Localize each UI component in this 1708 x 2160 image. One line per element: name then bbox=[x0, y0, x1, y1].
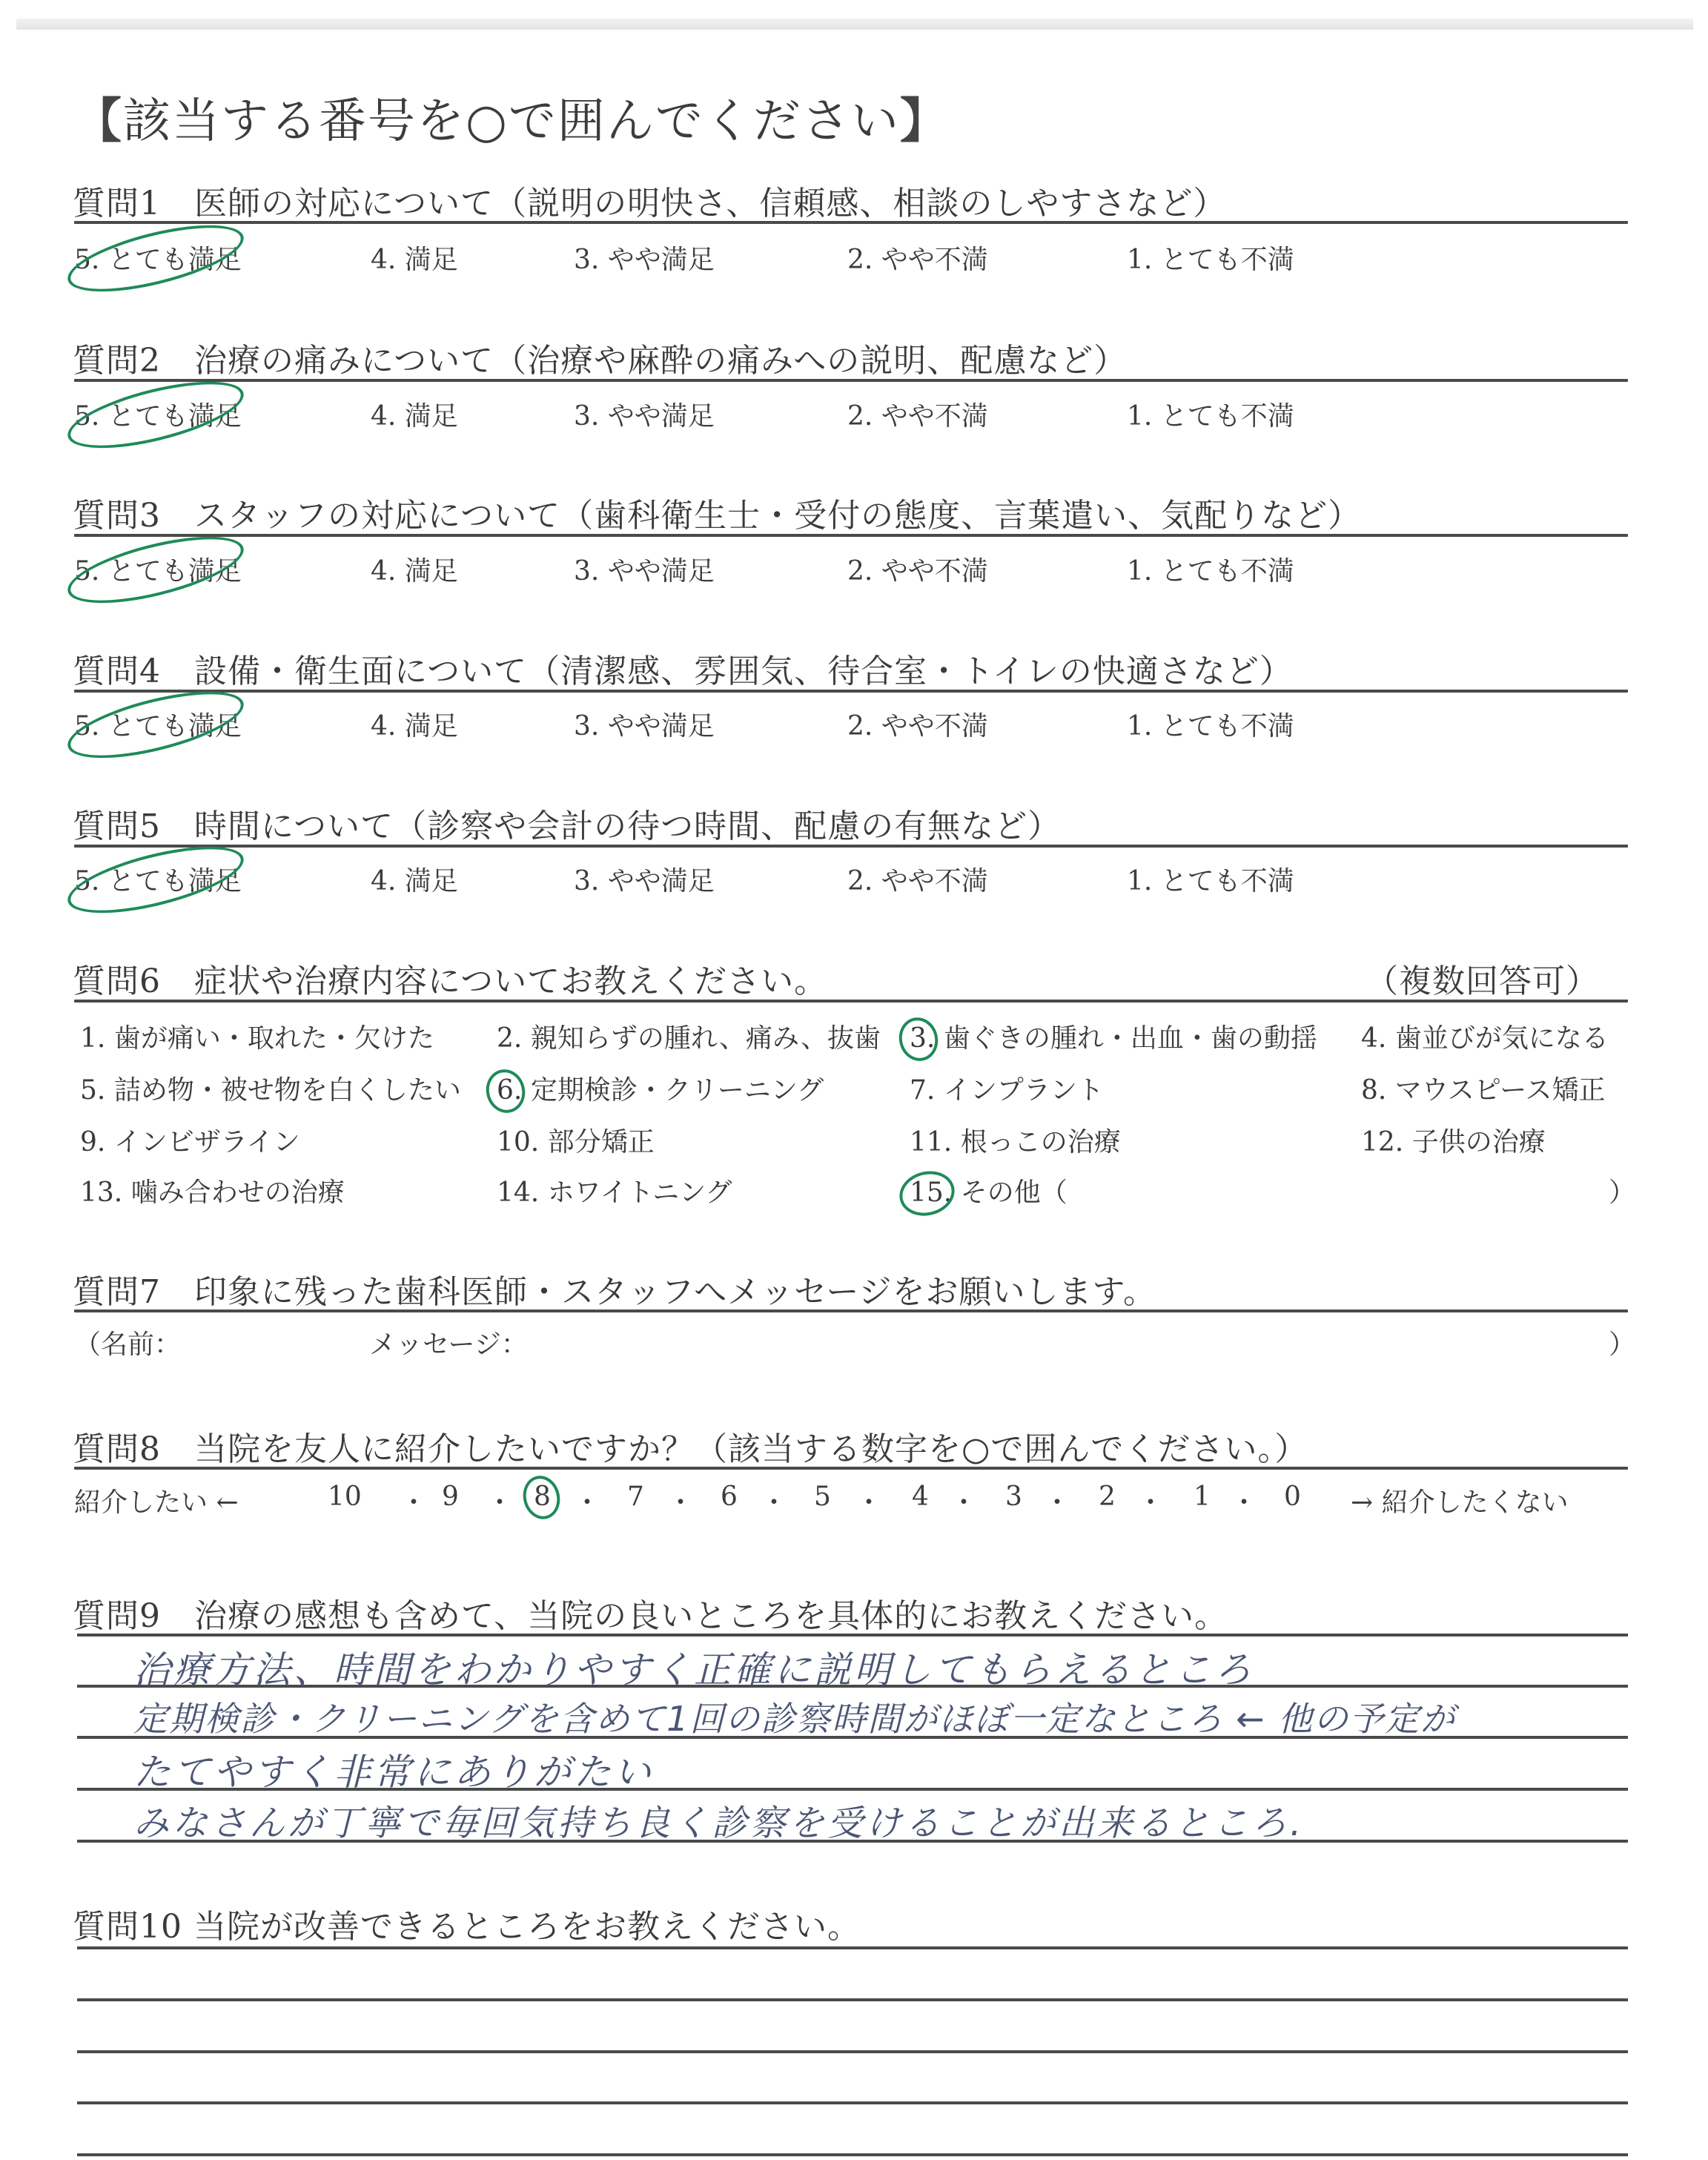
q8-score-8[interactable]: 8 bbox=[534, 1482, 551, 1512]
q6-item-10[interactable]: 10. 部分矯正 bbox=[497, 1121, 655, 1159]
q8-heading: 質問8 当院を友人に紹介したいですか？（該当する数字を○で囲んでください。） bbox=[73, 1422, 1308, 1470]
q7-close-paren: ） bbox=[1609, 1324, 1635, 1361]
q4-option-5[interactable]: 5. とても満足 bbox=[74, 705, 242, 743]
q2-option-5[interactable]: 5. とても満足 bbox=[74, 395, 242, 433]
q3-heading: 質問3 スタッフの対応について（歯科衛生士・受付の態度、言葉遣い、気配りなど） bbox=[73, 489, 1361, 536]
close-bracket: 】 bbox=[900, 93, 949, 149]
q6-item-15-other[interactable]: 15. その他（ bbox=[910, 1172, 1067, 1209]
q8-score-0[interactable]: 0 bbox=[1284, 1482, 1301, 1512]
q6-item-14[interactable]: 14. ホワイトニング bbox=[497, 1172, 732, 1209]
q8-rule bbox=[74, 1467, 1628, 1470]
q8-right-label: → 紹介したくない bbox=[1351, 1482, 1569, 1519]
q8-sep: ・ bbox=[400, 1482, 427, 1519]
q1-rule bbox=[74, 221, 1628, 224]
q3-option-1[interactable]: 1. とても不満 bbox=[1127, 550, 1294, 588]
scan-top-edge bbox=[16, 19, 1693, 30]
q2-option-4[interactable]: 4. 満足 bbox=[371, 395, 458, 433]
q6-other-close-paren: ） bbox=[1609, 1172, 1635, 1209]
pen-circle-mark bbox=[482, 1066, 530, 1117]
q1-option-2[interactable]: 2. やや不満 bbox=[847, 239, 988, 277]
q10-answer-line[interactable] bbox=[77, 1946, 1628, 1949]
q4-option-3[interactable]: 3. やや満足 bbox=[574, 705, 715, 743]
q3-rule bbox=[74, 534, 1628, 537]
q10-answer-line[interactable] bbox=[77, 2101, 1628, 2104]
q8-score-2[interactable]: 2 bbox=[1099, 1482, 1116, 1512]
q4-option-1[interactable]: 1. とても不満 bbox=[1127, 705, 1294, 743]
q8-sep: ・ bbox=[950, 1482, 977, 1519]
q6-item-11[interactable]: 11. 根っこの治療 bbox=[910, 1121, 1121, 1159]
q9-handwritten-line-3[interactable]: たてやすく非常にありがたい bbox=[133, 1743, 654, 1796]
q8-score-5[interactable]: 5 bbox=[814, 1482, 831, 1512]
title-text: 該当する番号を○で囲んでください bbox=[123, 94, 900, 149]
q2-option-1[interactable]: 1. とても不満 bbox=[1127, 395, 1294, 433]
open-bracket: 【 bbox=[74, 93, 123, 149]
q6-item-3[interactable]: 3. 歯ぐきの腫れ・出血・歯の動揺 bbox=[910, 1017, 1317, 1055]
q5-rule bbox=[74, 845, 1628, 848]
q8-sep: ・ bbox=[667, 1482, 694, 1519]
q1-option-3[interactable]: 3. やや満足 bbox=[574, 239, 715, 277]
q6-item-2[interactable]: 2. 親知らずの腫れ、痛み、抜歯 bbox=[497, 1017, 881, 1055]
q8-score-6[interactable]: 6 bbox=[721, 1482, 738, 1512]
pen-circle-mark bbox=[62, 212, 249, 305]
q1-heading: 質問1 医師の対応について（説明の明快さ、信頼感、相談のしやすさなど） bbox=[73, 176, 1226, 224]
q10-heading: 質問10 当院が改善できるところをお教えください。 bbox=[73, 1900, 861, 1947]
q8-left-label: 紹介したい ← bbox=[74, 1482, 239, 1519]
q7-rule bbox=[74, 1309, 1628, 1312]
q7-message-field[interactable]: メッセージ： bbox=[369, 1324, 528, 1361]
q2-option-2[interactable]: 2. やや不満 bbox=[847, 395, 988, 433]
q8-sep: ・ bbox=[1137, 1482, 1164, 1519]
q3-option-3[interactable]: 3. やや満足 bbox=[574, 550, 715, 588]
pen-circle-mark bbox=[62, 369, 249, 462]
q2-heading: 質問2 治療の痛みについて（治療や麻酔の痛みへの説明、配慮など） bbox=[73, 334, 1127, 381]
q2-option-3[interactable]: 3. やや満足 bbox=[574, 395, 715, 433]
q9-handwritten-line-4[interactable]: みなさんが丁寧で毎回気持ち良く診察を受けることが出来るところ. bbox=[133, 1794, 1304, 1846]
q6-item-7[interactable]: 7. インプラント bbox=[910, 1069, 1104, 1107]
pen-circle-mark bbox=[895, 1014, 943, 1066]
q9-handwritten-line-2[interactable]: 定期検診・クリーニングを含めて1回の診察時間がほぼ一定なところ ← 他の予定が bbox=[133, 1692, 1456, 1741]
q8-score-3[interactable]: 3 bbox=[1005, 1482, 1022, 1512]
q2-rule bbox=[74, 379, 1628, 382]
q5-option-3[interactable]: 3. やや満足 bbox=[574, 860, 715, 898]
q8-sep: ・ bbox=[574, 1482, 600, 1519]
q3-option-5[interactable]: 5. とても満足 bbox=[74, 550, 242, 588]
q8-score-7[interactable]: 7 bbox=[627, 1482, 644, 1512]
q6-item-4[interactable]: 4. 歯並びが気になる bbox=[1361, 1017, 1609, 1055]
q4-rule bbox=[74, 690, 1628, 693]
q1-option-4[interactable]: 4. 満足 bbox=[371, 239, 458, 277]
q8-sep: ・ bbox=[761, 1482, 787, 1519]
q5-option-4[interactable]: 4. 満足 bbox=[371, 860, 458, 898]
q8-sep: ・ bbox=[486, 1482, 513, 1519]
q6-item-5[interactable]: 5. 詰め物・被せ物を白くしたい bbox=[80, 1069, 461, 1107]
q6-item-8[interactable]: 8. マウスピース矯正 bbox=[1361, 1069, 1606, 1107]
q5-heading: 質問5 時間について（診察や会計の待つ時間、配慮の有無など） bbox=[73, 799, 1061, 847]
q8-sep: ・ bbox=[855, 1482, 882, 1519]
q1-option-1[interactable]: 1. とても不満 bbox=[1127, 239, 1294, 277]
q8-score-9[interactable]: 9 bbox=[442, 1482, 459, 1512]
q4-option-4[interactable]: 4. 満足 bbox=[371, 705, 458, 743]
form-title: 【該当する番号を○で囲んでください】 bbox=[74, 83, 949, 151]
q4-option-2[interactable]: 2. やや不満 bbox=[847, 705, 988, 743]
q8-sep: ・ bbox=[1231, 1482, 1257, 1519]
q8-sep: ・ bbox=[1044, 1482, 1070, 1519]
q9-heading: 質問9 治療の感想も含めて、当院の良いところを具体的にお教えください。 bbox=[73, 1589, 1228, 1636]
q10-answer-line[interactable] bbox=[77, 2050, 1628, 2053]
q6-item-6[interactable]: 6. 定期検診・クリーニング bbox=[497, 1069, 824, 1107]
q6-item-12[interactable]: 12. 子供の治療 bbox=[1361, 1121, 1546, 1159]
q5-option-1[interactable]: 1. とても不満 bbox=[1127, 860, 1294, 898]
q3-option-4[interactable]: 4. 満足 bbox=[371, 550, 458, 588]
q5-option-5[interactable]: 5. とても満足 bbox=[74, 860, 242, 898]
q6-item-13[interactable]: 13. 噛み合わせの治療 bbox=[80, 1172, 345, 1209]
pen-circle-mark bbox=[62, 524, 249, 617]
q6-rule bbox=[74, 1000, 1628, 1003]
q4-heading: 質問4 設備・衛生面について（清潔感、雰囲気、待合室・トイレの快適さなど） bbox=[73, 644, 1293, 692]
q6-heading: 質問6 症状や治療内容についてお教えください。 bbox=[73, 954, 827, 1002]
q6-item-1[interactable]: 1. 歯が痛い・取れた・欠けた bbox=[80, 1017, 434, 1055]
q3-option-2[interactable]: 2. やや不満 bbox=[847, 550, 988, 588]
q8-score-1[interactable]: 1 bbox=[1194, 1482, 1211, 1512]
q10-answer-line[interactable] bbox=[77, 1998, 1628, 2001]
q7-name-field[interactable]: （名前： bbox=[74, 1324, 181, 1361]
q10-answer-line[interactable] bbox=[77, 2153, 1628, 2156]
q9-handwritten-line-1[interactable]: 治療方法、時間をわかりやすく正確に説明してもらえるところ bbox=[133, 1640, 1254, 1694]
q1-option-5[interactable]: 5. とても満足 bbox=[74, 239, 242, 277]
q8-score-10[interactable]: 10 bbox=[328, 1482, 362, 1512]
q8-score-4[interactable]: 4 bbox=[912, 1482, 929, 1512]
q6-multiple-answers-note: （複数回答可） bbox=[1366, 954, 1599, 1002]
pen-circle-mark bbox=[895, 1166, 959, 1221]
q6-item-9[interactable]: 9. インビザライン bbox=[80, 1121, 300, 1159]
q9-answer-line bbox=[77, 1634, 1628, 1636]
q7-heading: 質問7 印象に残った歯科医師・スタッフへメッセージをお願いします。 bbox=[73, 1265, 1156, 1312]
q5-option-2[interactable]: 2. やや不満 bbox=[847, 860, 988, 898]
pen-circle-mark bbox=[519, 1472, 565, 1523]
